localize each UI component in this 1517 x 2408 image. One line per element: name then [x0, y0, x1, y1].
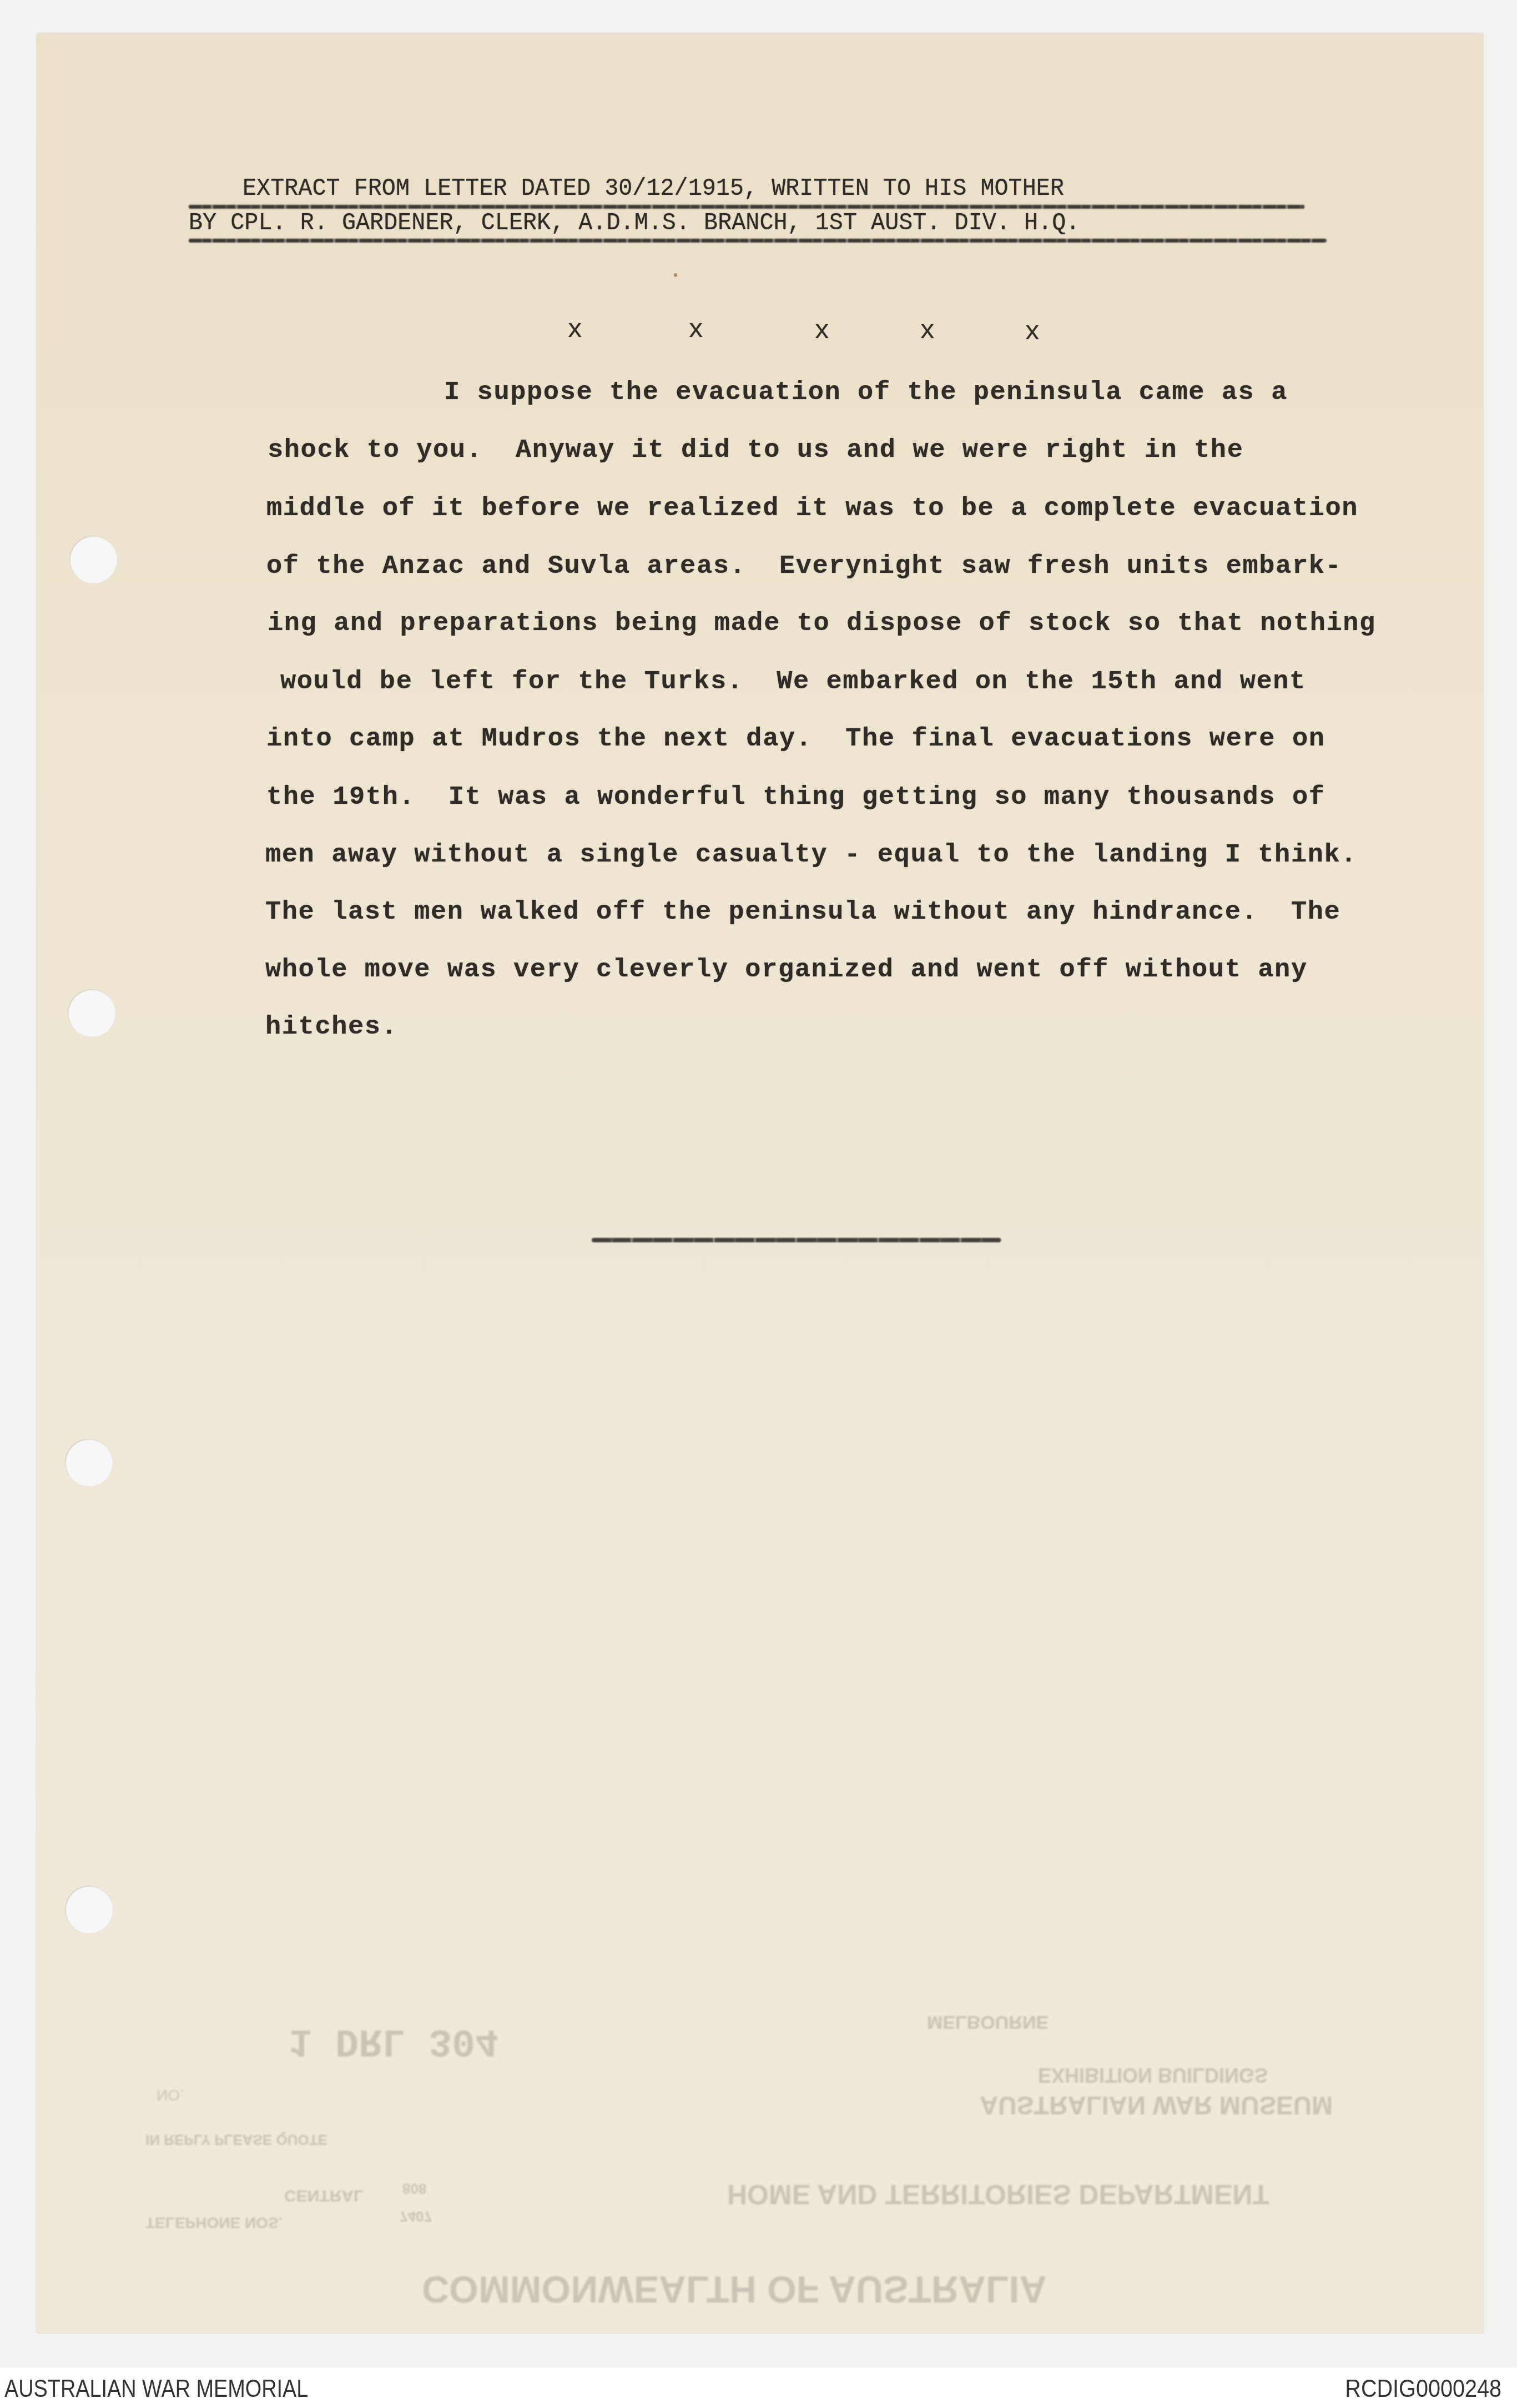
bleed-record-stamp: 1 DRL 304: [289, 2021, 498, 2059]
punch-hole: [65, 1439, 113, 1487]
separator-mark: x: [920, 319, 935, 344]
separator-mark: x: [688, 318, 704, 343]
header-underline-2: [189, 239, 1327, 243]
body-line: The last men walked off the peninsula wi…: [265, 899, 1340, 925]
punch-hole: [68, 989, 115, 1037]
bleed-telephone-label: TELEPHONE NOS.: [145, 2215, 283, 2230]
body-line: whole move was very cleverly organized a…: [265, 957, 1308, 983]
closing-divider-line: [592, 1238, 1001, 1242]
body-line: would be left for the Turks. We embarked…: [280, 669, 1306, 695]
body-line: into camp at Mudros the next day. The fi…: [266, 726, 1326, 752]
body-line: the 19th. It was a wonderful thing getti…: [266, 784, 1326, 810]
body-line: middle of it before we realized it was t…: [266, 496, 1358, 522]
punch-hole: [69, 536, 117, 583]
footer-institution: AUSTRALIAN WAR MEMORIAL: [4, 2377, 308, 2401]
header-underline-1: [189, 205, 1304, 209]
body-line: I suppose the evacuation of the peninsul…: [444, 380, 1288, 406]
bleed-city: MELBOURNE: [927, 2013, 1049, 2032]
footer-item-id: RCDIG0000248: [1345, 2377, 1501, 2401]
punch-hole: [65, 1886, 113, 1933]
bleed-institution: AUSTRALIAN WAR MUSEUM: [980, 2093, 1333, 2118]
separator-mark: x: [814, 319, 830, 344]
bleed-telephone-exchange: CENTRAL: [284, 2187, 364, 2204]
foxing-spot: [674, 273, 677, 277]
bleed-building: EXHIBITION BUILDINGS: [1038, 2065, 1268, 2085]
body-line: of the Anzac and Suvla areas. Everynight…: [266, 553, 1342, 580]
body-line: hitches.: [265, 1014, 397, 1040]
separator-mark: x: [1025, 320, 1040, 345]
body-line: shock to you. Anyway it did to us and we…: [268, 437, 1243, 464]
bleed-government: COMMONWEALTH OF AUSTRALIA: [422, 2270, 1047, 2308]
bleed-telephone-number-2: 808: [402, 2182, 426, 2196]
bleed-no-label: NO.: [157, 2087, 184, 2103]
body-line: men away without a single casualty - equ…: [265, 842, 1357, 868]
header-line-1: EXTRACT FROM LETTER DATED 30/12/1915, WR…: [243, 177, 1064, 201]
bleed-telephone-number-1: 7407: [400, 2209, 432, 2224]
bleed-department: HOME AND TERRITORIES DEPARTMENT: [727, 2180, 1269, 2208]
header-line-2: BY CPL. R. GARDENER, CLERK, A.D.M.S. BRA…: [189, 211, 1080, 235]
separator-mark: x: [567, 318, 583, 343]
bleed-reply-note: IN REPLY PLEASE QUOTE: [145, 2133, 327, 2147]
body-line: ing and preparations being made to dispo…: [268, 611, 1376, 637]
